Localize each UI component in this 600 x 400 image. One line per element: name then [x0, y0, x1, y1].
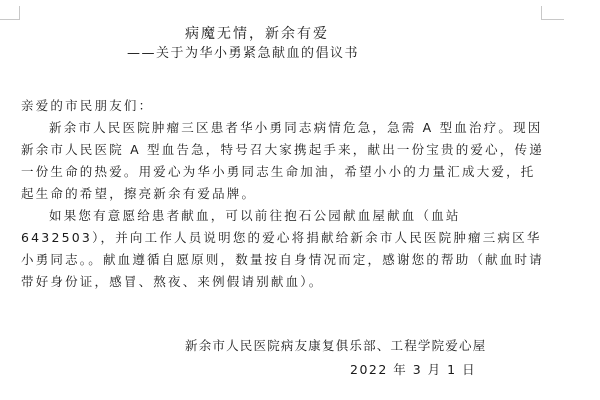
page-corner-mark-top-right: [541, 6, 564, 20]
greeting: 亲爱的市民朋友们：: [21, 95, 546, 117]
date: 2022 年 3 月 1 日: [350, 361, 476, 379]
signature: 新余市人民医院病友康复俱乐部、工程学院爱心屋: [185, 337, 486, 355]
document-body: 亲爱的市民朋友们： 新余市人民医院肿瘤三区患者华小勇同志病情危急，急需 A 型血…: [21, 95, 546, 293]
paragraph: 如果您有意愿给患者献血，可以前往抱石公园献血屋献血（血站 6432503），并向…: [21, 205, 546, 293]
paragraph: 新余市人民医院肿瘤三区患者华小勇同志病情危急，急需 A 型血治疗。现因新余市人民…: [21, 117, 546, 205]
document-subtitle: ——关于为华小勇紧急献血的倡议书: [0, 46, 486, 62]
page-corner-mark-top-left: [0, 6, 20, 20]
document-title: 病魔无情，新余有爱: [0, 25, 514, 43]
